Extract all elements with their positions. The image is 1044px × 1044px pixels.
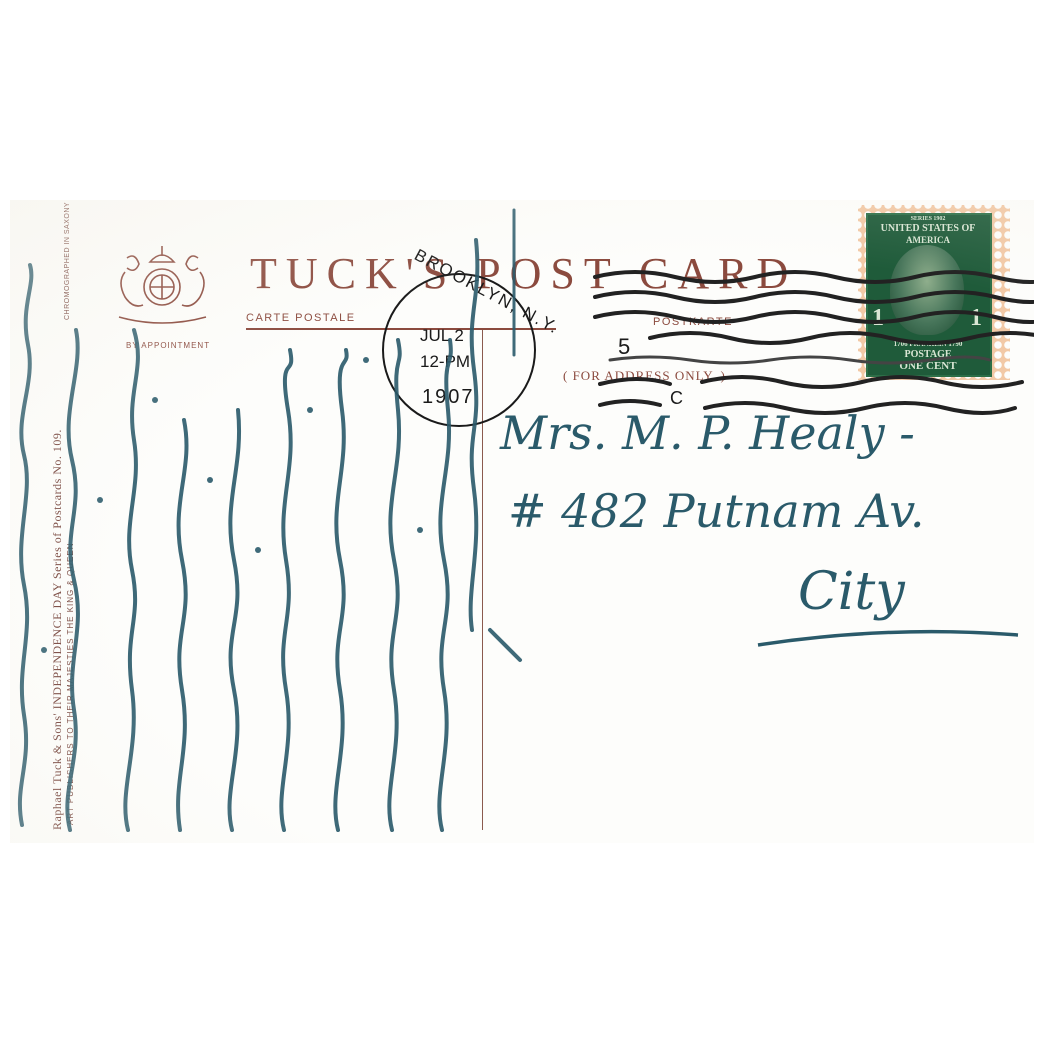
address-line-1: Mrs. M. P. Healy - [500,406,915,460]
address-line-3: City [798,562,905,622]
address-line-2: # 482 Putnam Av. [508,484,924,538]
postcard: BY APPOINTMENT TUCK'S POST CARD CARTE PO… [10,200,1034,843]
